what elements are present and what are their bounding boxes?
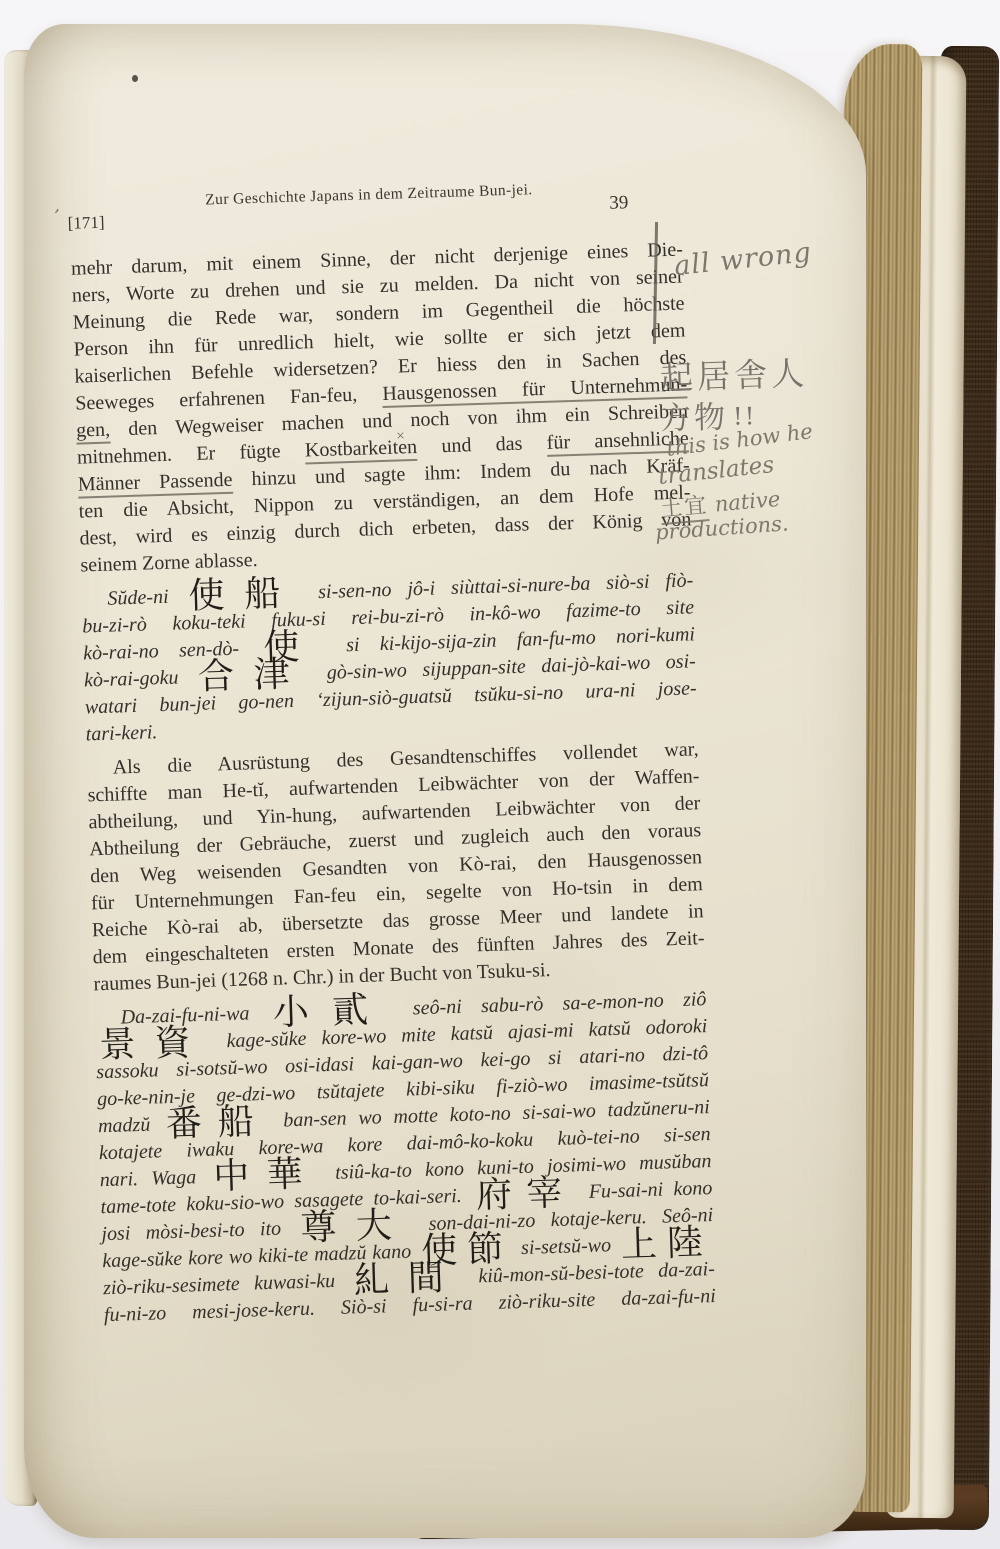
text-segment: si-setsŭ-wo — [515, 1234, 618, 1259]
paragraph-4: Da-zai-fu-ni-wa 小貳 seô-ni sabu-rò sa-e-m… — [94, 986, 716, 1329]
book-photo: [171] Zur Geschichte Japans in dem Zeitr… — [0, 0, 1000, 1549]
running-header: Zur Geschichte Japans in dem Zeitraume B… — [69, 177, 669, 214]
printed-content: [171] Zur Geschichte Japans in dem Zeitr… — [60, 150, 745, 1430]
text-segment: madzŭ — [98, 1113, 163, 1137]
marginal-folio-number: [171] — [67, 213, 104, 234]
text-segment: mitnehmen. Er fügte — [77, 439, 306, 468]
text-segment: kò-rai-goku — [84, 666, 195, 691]
body-text: mehr darum, mit einem Sinne, der nicht d… — [71, 236, 716, 1329]
pencil-cross-mark: × — [396, 423, 405, 450]
paragraph-2: Sŭde-ni 使船 si-sen-no jô-i siùttai-si-nur… — [81, 567, 698, 748]
text-segment: und das — [417, 432, 547, 458]
text-segment: Kostbarkeiten× — [305, 436, 418, 465]
text-segment: Sŭde-ni — [107, 585, 185, 609]
paragraph-3: Als die Ausrüstung des Gesandtenschiffes… — [86, 736, 705, 998]
text-segment: gen, — [76, 419, 111, 445]
text-segment: josi mòsi-besi-to ito — [101, 1217, 297, 1245]
text-segment: seinem Zorne ablasse. — [80, 549, 258, 577]
paper-speck — [132, 75, 138, 82]
paragraph-1: mehr darum, mit einem Sinne, der nicht d… — [71, 236, 693, 579]
text-segment: Fu-sai-ni kono — [578, 1177, 712, 1203]
page-number: 39 — [609, 192, 629, 215]
text-segment: tari-keri. — [85, 721, 157, 745]
text-segment: nari. Waga — [99, 1166, 209, 1191]
